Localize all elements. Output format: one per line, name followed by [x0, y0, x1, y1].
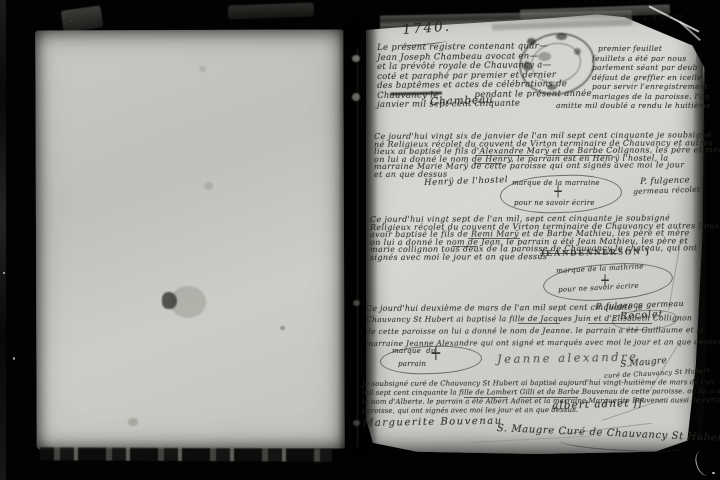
- manuscript-line: de cette paroisse on lui a donné le nom …: [366, 326, 704, 335]
- ink-underline: [520, 397, 578, 398]
- manuscript-line: signés avec moi le jour et an que dessus: [370, 253, 547, 262]
- signature-capitals: JEANDENNERSON ): [540, 247, 651, 257]
- witness-cross: +: [553, 181, 563, 200]
- ink-blot: [162, 292, 177, 309]
- ink-underline: [476, 155, 534, 156]
- binding-stitch: [353, 420, 360, 426]
- ink-underline: [518, 323, 560, 324]
- stamp-smudge: [556, 33, 567, 40]
- mark-caption: pour ne savoir écrire: [514, 200, 595, 207]
- book-edge-strip: [40, 447, 332, 462]
- stamp-smudge: [574, 48, 581, 55]
- left-page: [35, 29, 344, 449]
- page-stack-edge: [228, 3, 314, 20]
- ink-underline: [474, 163, 502, 164]
- dust-speck: [13, 357, 15, 360]
- stain-spot: [128, 418, 138, 426]
- manuscript-line: pour servir l'enregistrement: [592, 83, 708, 91]
- page-stack-edge: [61, 5, 104, 32]
- ink-underline: [468, 238, 520, 239]
- signature: Jeanne alexandre: [497, 352, 638, 366]
- witness-cross: +: [430, 344, 442, 365]
- year-heading: 1740.: [402, 21, 451, 38]
- ink-underline: [588, 323, 652, 324]
- manuscript-line: mariages de la paroisse. l'an: [592, 93, 710, 101]
- stain-spot: [280, 326, 285, 330]
- mark-caption: parrain: [398, 361, 426, 368]
- manuscript-line: défaut de greffier en icelle: [592, 74, 702, 82]
- film-edge: [0, 0, 6, 480]
- dust-speck: [712, 472, 715, 474]
- binding-stitch: [353, 300, 360, 306]
- stain-spot: [204, 182, 213, 190]
- corner-note: c. d brevet: [644, 13, 683, 22]
- ink-underline: [546, 155, 612, 156]
- manuscript-line: amitte mil doublé a rendu le huitième: [556, 102, 711, 110]
- manuscript-line: premier feuillet: [598, 45, 662, 53]
- signature: Chambeau: [430, 95, 494, 108]
- manuscript-line: parlement séant par deub: [592, 64, 698, 72]
- stain-spot: [199, 66, 206, 72]
- binding-stitch: [352, 93, 360, 101]
- dust-speck: [3, 272, 5, 274]
- manuscript-line: paroisse, qui ont signés avec moi les jo…: [362, 407, 578, 415]
- manuscript-line: Ce jourd'hui deuxième de mars de l'an mi…: [366, 304, 643, 313]
- manuscript-line: feuillets a été par nous: [592, 55, 687, 63]
- ink-underline: [464, 397, 508, 398]
- ink-underline: [452, 246, 478, 247]
- archival-scan: 1740. c. d brevet Le présent registre co…: [0, 0, 720, 480]
- binding-stitch: [352, 55, 360, 62]
- binding-cord: [356, 48, 359, 448]
